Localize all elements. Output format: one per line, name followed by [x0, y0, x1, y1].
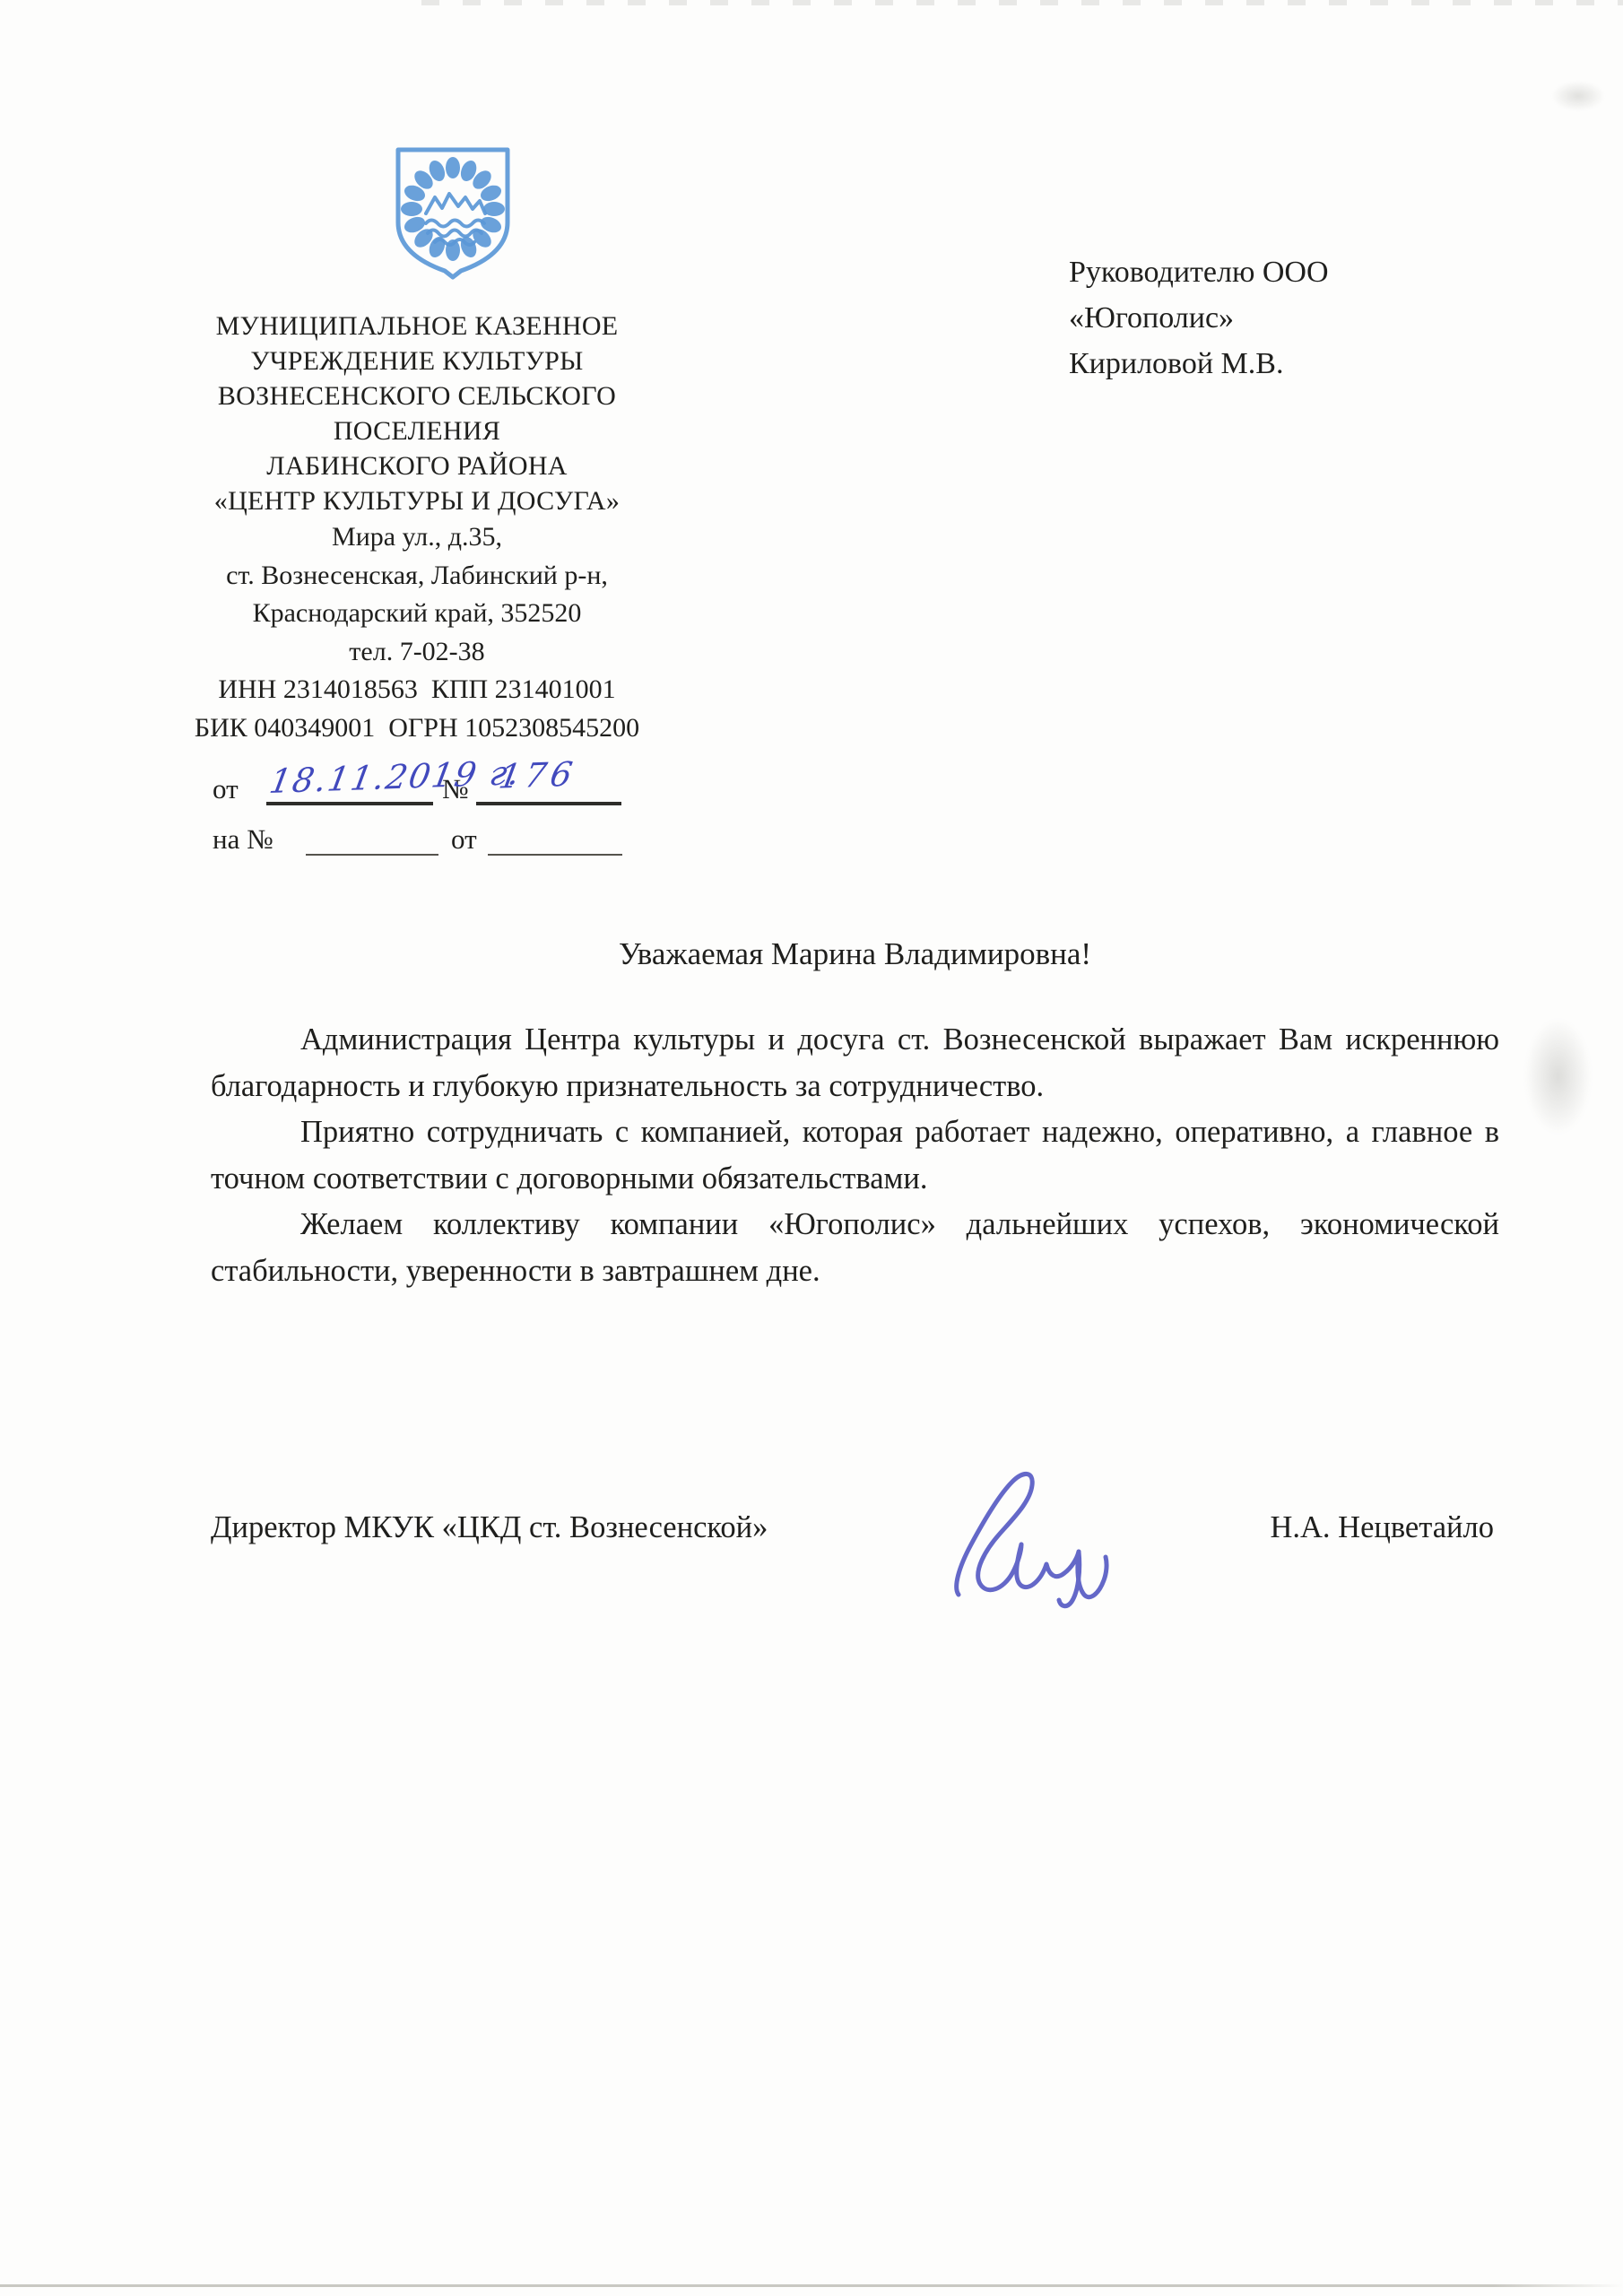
org-line: ПОСЕЛЕНИЯ [143, 413, 690, 448]
address-line: Мира ул., д.35, [143, 518, 690, 557]
number-underline: 176 [476, 802, 621, 805]
signer-position-title: Директор МКУК «ЦКД ст. Вознесенской» [211, 1510, 768, 1545]
org-line: ВОЗНЕСЕНСКОГО СЕЛЬСКОГО [143, 378, 690, 413]
body-paragraph: Желаем коллективу компании «Югополис» да… [211, 1202, 1499, 1294]
outgoing-ref-row: от 18.11.2019 г. № 176 [213, 759, 697, 805]
reply-number-underline [306, 854, 438, 856]
bik-ogrn-line: БИК 040349001 ОГРН 1052308545200 [143, 709, 690, 748]
reply-from-label: от [451, 823, 477, 856]
handwritten-date: 18.11.2019 г. [266, 753, 525, 801]
body-paragraph: Администрация Центра культуры и досуга с… [211, 1017, 1499, 1109]
scan-smudge-right-margin [1524, 1018, 1592, 1135]
scan-artifact-bottom-edge [0, 2284, 1623, 2287]
handwritten-signature-icon [928, 1444, 1125, 1619]
scan-smudge-top-right [1551, 81, 1605, 111]
scanned-letter-page: МУНИЦИПАЛЬНОЕ КАЗЕННОЕ УЧРЕЖДЕНИЕ КУЛЬТУ… [0, 0, 1623, 2296]
reply-date-underline [488, 854, 622, 856]
reply-ref-row: на № от [213, 809, 697, 856]
coat-of-arms-icon [392, 143, 514, 280]
letter-body: Администрация Центра культуры и досуга с… [211, 1017, 1499, 1294]
signature-row: Директор МКУК «ЦКД ст. Вознесенской» Н.А… [211, 1419, 1499, 1607]
reply-number-label: на № [213, 823, 306, 856]
recipient-block: Руководителю ООО «Югополис» Кириловой М.… [1069, 249, 1329, 387]
address-line: ст. Вознесенская, Лабинский р-н, [143, 557, 690, 596]
scan-artifact-top-edge [421, 0, 1623, 5]
address-line: Краснодарский край, 352520 [143, 595, 690, 633]
handwritten-number: 176 [496, 754, 579, 796]
signer-name: Н.А. Нецветайло [1270, 1510, 1494, 1545]
date-underline: 18.11.2019 г. [266, 802, 433, 805]
from-label: от [213, 773, 266, 805]
letterhead-organization-name: МУНИЦИПАЛЬНОЕ КАЗЕННОЕ УЧРЕЖДЕНИЕ КУЛЬТУ… [143, 309, 690, 518]
shield-sunflower-icon [392, 143, 514, 280]
org-line: МУНИЦИПАЛЬНОЕ КАЗЕННОЕ [143, 309, 690, 344]
reference-lines: от 18.11.2019 г. № 176 на № от [213, 759, 697, 856]
letterhead-address-block: Мира ул., д.35, ст. Вознесенская, Лабинс… [143, 518, 690, 747]
org-line: «ЦЕНТР КУЛЬТУРЫ И ДОСУГА» [143, 483, 690, 518]
body-paragraph: Приятно сотрудничать с компанией, котора… [211, 1109, 1499, 1202]
recipient-line: Кириловой М.В. [1069, 341, 1329, 387]
phone-line: тел. 7-02-38 [143, 633, 690, 672]
org-line: УЧРЕЖДЕНИЕ КУЛЬТУРЫ [143, 344, 690, 378]
salutation: Уважаемая Марина Владимировна! [211, 936, 1499, 972]
inn-kpp-line: ИНН 2314018563 КПП 231401001 [143, 671, 690, 709]
recipient-line: «Югополис» [1069, 295, 1329, 341]
org-line: ЛАБИНСКОГО РАЙОНА [143, 448, 690, 483]
recipient-line: Руководителю ООО [1069, 249, 1329, 295]
